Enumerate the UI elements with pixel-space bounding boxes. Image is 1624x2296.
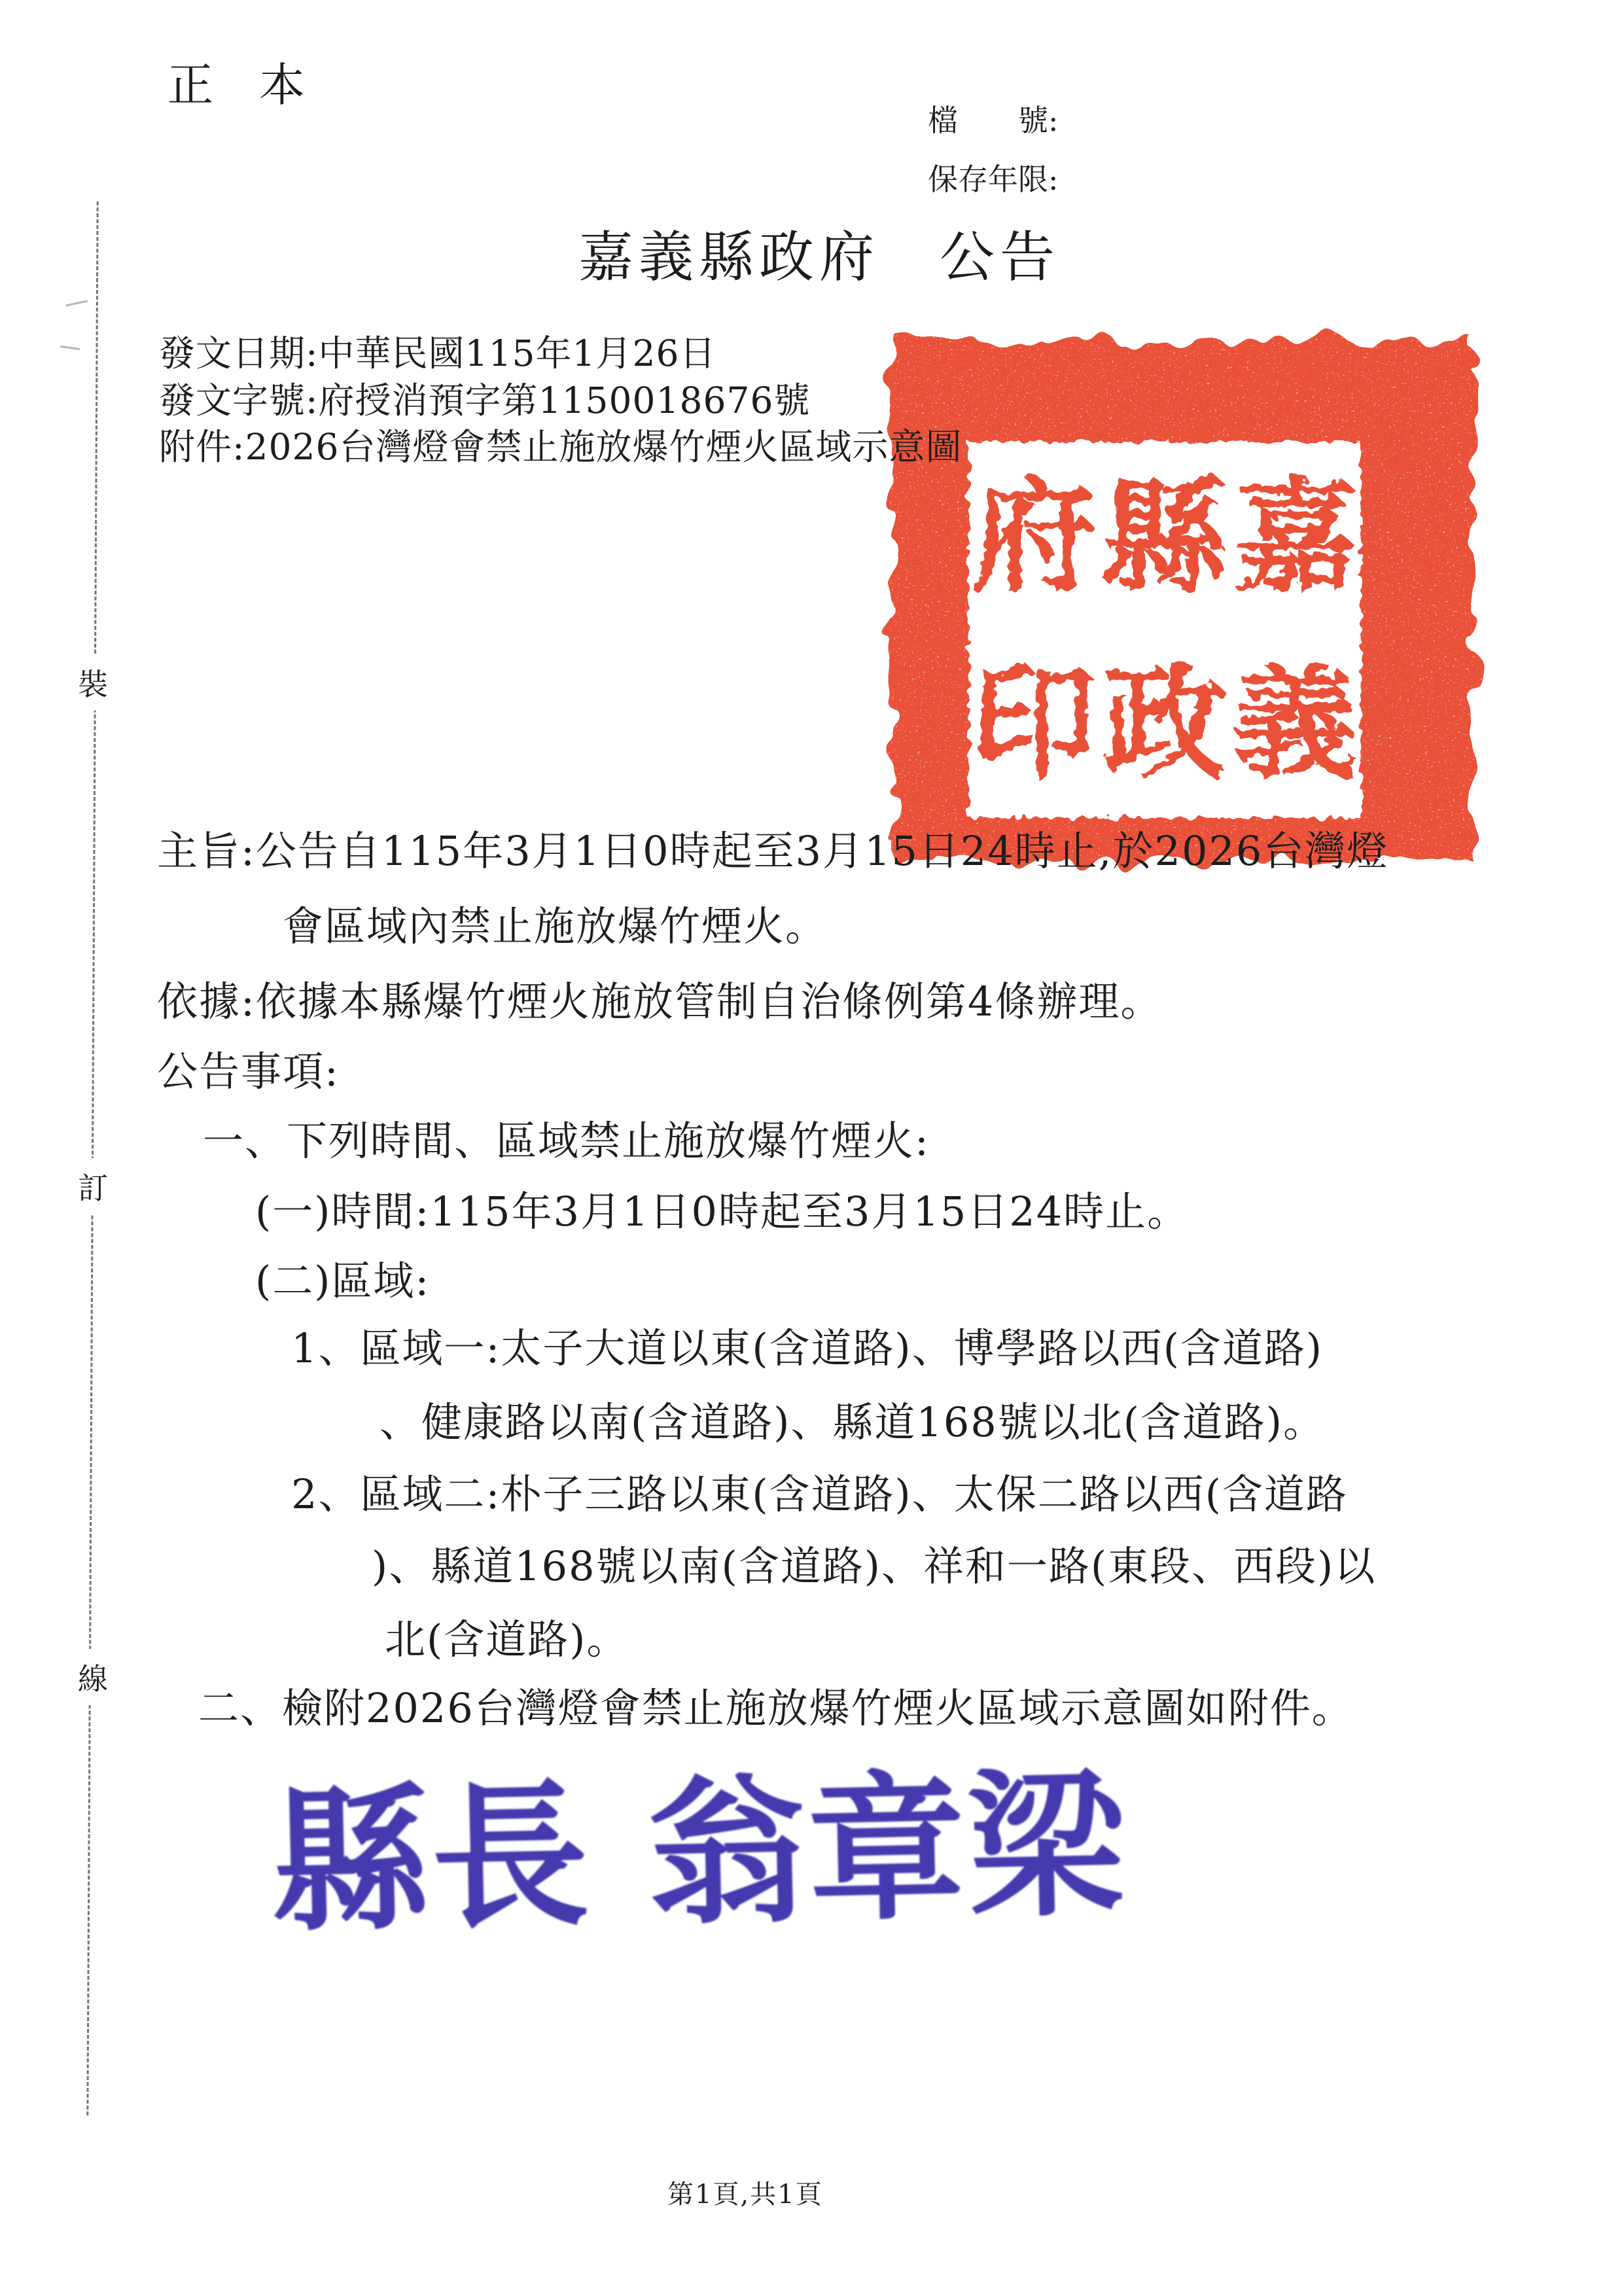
body-line-subject: 主旨:公告自115年3月1日0時起至3月15日24時止,於2026台灣燈 — [157, 819, 1388, 877]
pencil-mark — [60, 345, 80, 350]
body-line: 會區域內禁止施放爆竹煙火。 — [283, 894, 827, 952]
document-title: 嘉義縣政府 公告 — [578, 213, 1060, 292]
binding-mark-zhuang: 裝 — [77, 654, 109, 711]
body-line-basis: 依據:依據本縣爆竹煙火施放管制自治條例第4條辦理。 — [157, 969, 1162, 1027]
pencil-mark — [65, 300, 88, 306]
binding-mark-ding: 訂 — [77, 1158, 109, 1214]
body-line-area: (二)區域: — [255, 1248, 430, 1307]
announcement-document: 正 本 檔 號: 保存年限: 嘉義縣政府 公告 發文日期:中華民國115年1月2… — [0, 0, 1624, 2296]
issue-date-line: 發文日期:中華民國115年1月26日 — [159, 325, 716, 376]
body-line-matters: 公告事項: — [157, 1039, 340, 1097]
body-line-time: (一)時間:115年3月1日0時起至3月15日24時止。 — [255, 1179, 1189, 1237]
seal-character: 政 — [1103, 650, 1227, 796]
body-line: )、縣道168號以南(含道路)、祥和一路(東段、西段)以 — [372, 1534, 1376, 1592]
seal-character: 印 — [972, 650, 1096, 796]
copy-type-label: 正 本 — [168, 48, 305, 115]
body-line-area-2: 2、區域二:朴子三路以東(含道路)、太保二路以西(含道路 — [291, 1462, 1348, 1520]
binding-mark-xian: 線 — [77, 1649, 109, 1705]
body-line-area-1: 1、區域一:太子大道以東(含道路)、博學路以西(含道路) — [291, 1316, 1323, 1374]
body-line: 、健康路以南(含道路)、縣道168號以北(含道路)。 — [380, 1390, 1325, 1448]
seal-character: 縣 — [1103, 464, 1229, 610]
body-line-item-1: 一、下列時間、區域禁止施放爆竹煙火: — [203, 1108, 930, 1167]
document-number-line: 發文字號:府授消預字第1150018676號 — [159, 372, 810, 423]
seal-character: 義 — [1233, 650, 1358, 796]
page-number-footer: 第1頁,共1頁 — [667, 2174, 823, 2211]
attachment-line: 附件:2026台灣燈會禁止施放爆竹煙火區域示意圖 — [159, 418, 962, 470]
retention-period-label: 保存年限: — [928, 156, 1059, 199]
official-seal: 嘉 義 縣 政 府 印 — [880, 327, 1485, 874]
filing-number-label: 檔 號: — [928, 97, 1059, 140]
magistrate-signature-stamp: 縣長 翁章梁 — [270, 1718, 1130, 1962]
seal-character: 府 — [972, 464, 1096, 610]
body-line: 北(含道路)。 — [385, 1607, 628, 1665]
seal-character: 嘉 — [1233, 464, 1358, 610]
official-seal-graphic: 嘉 義 縣 政 府 印 — [880, 327, 1485, 874]
